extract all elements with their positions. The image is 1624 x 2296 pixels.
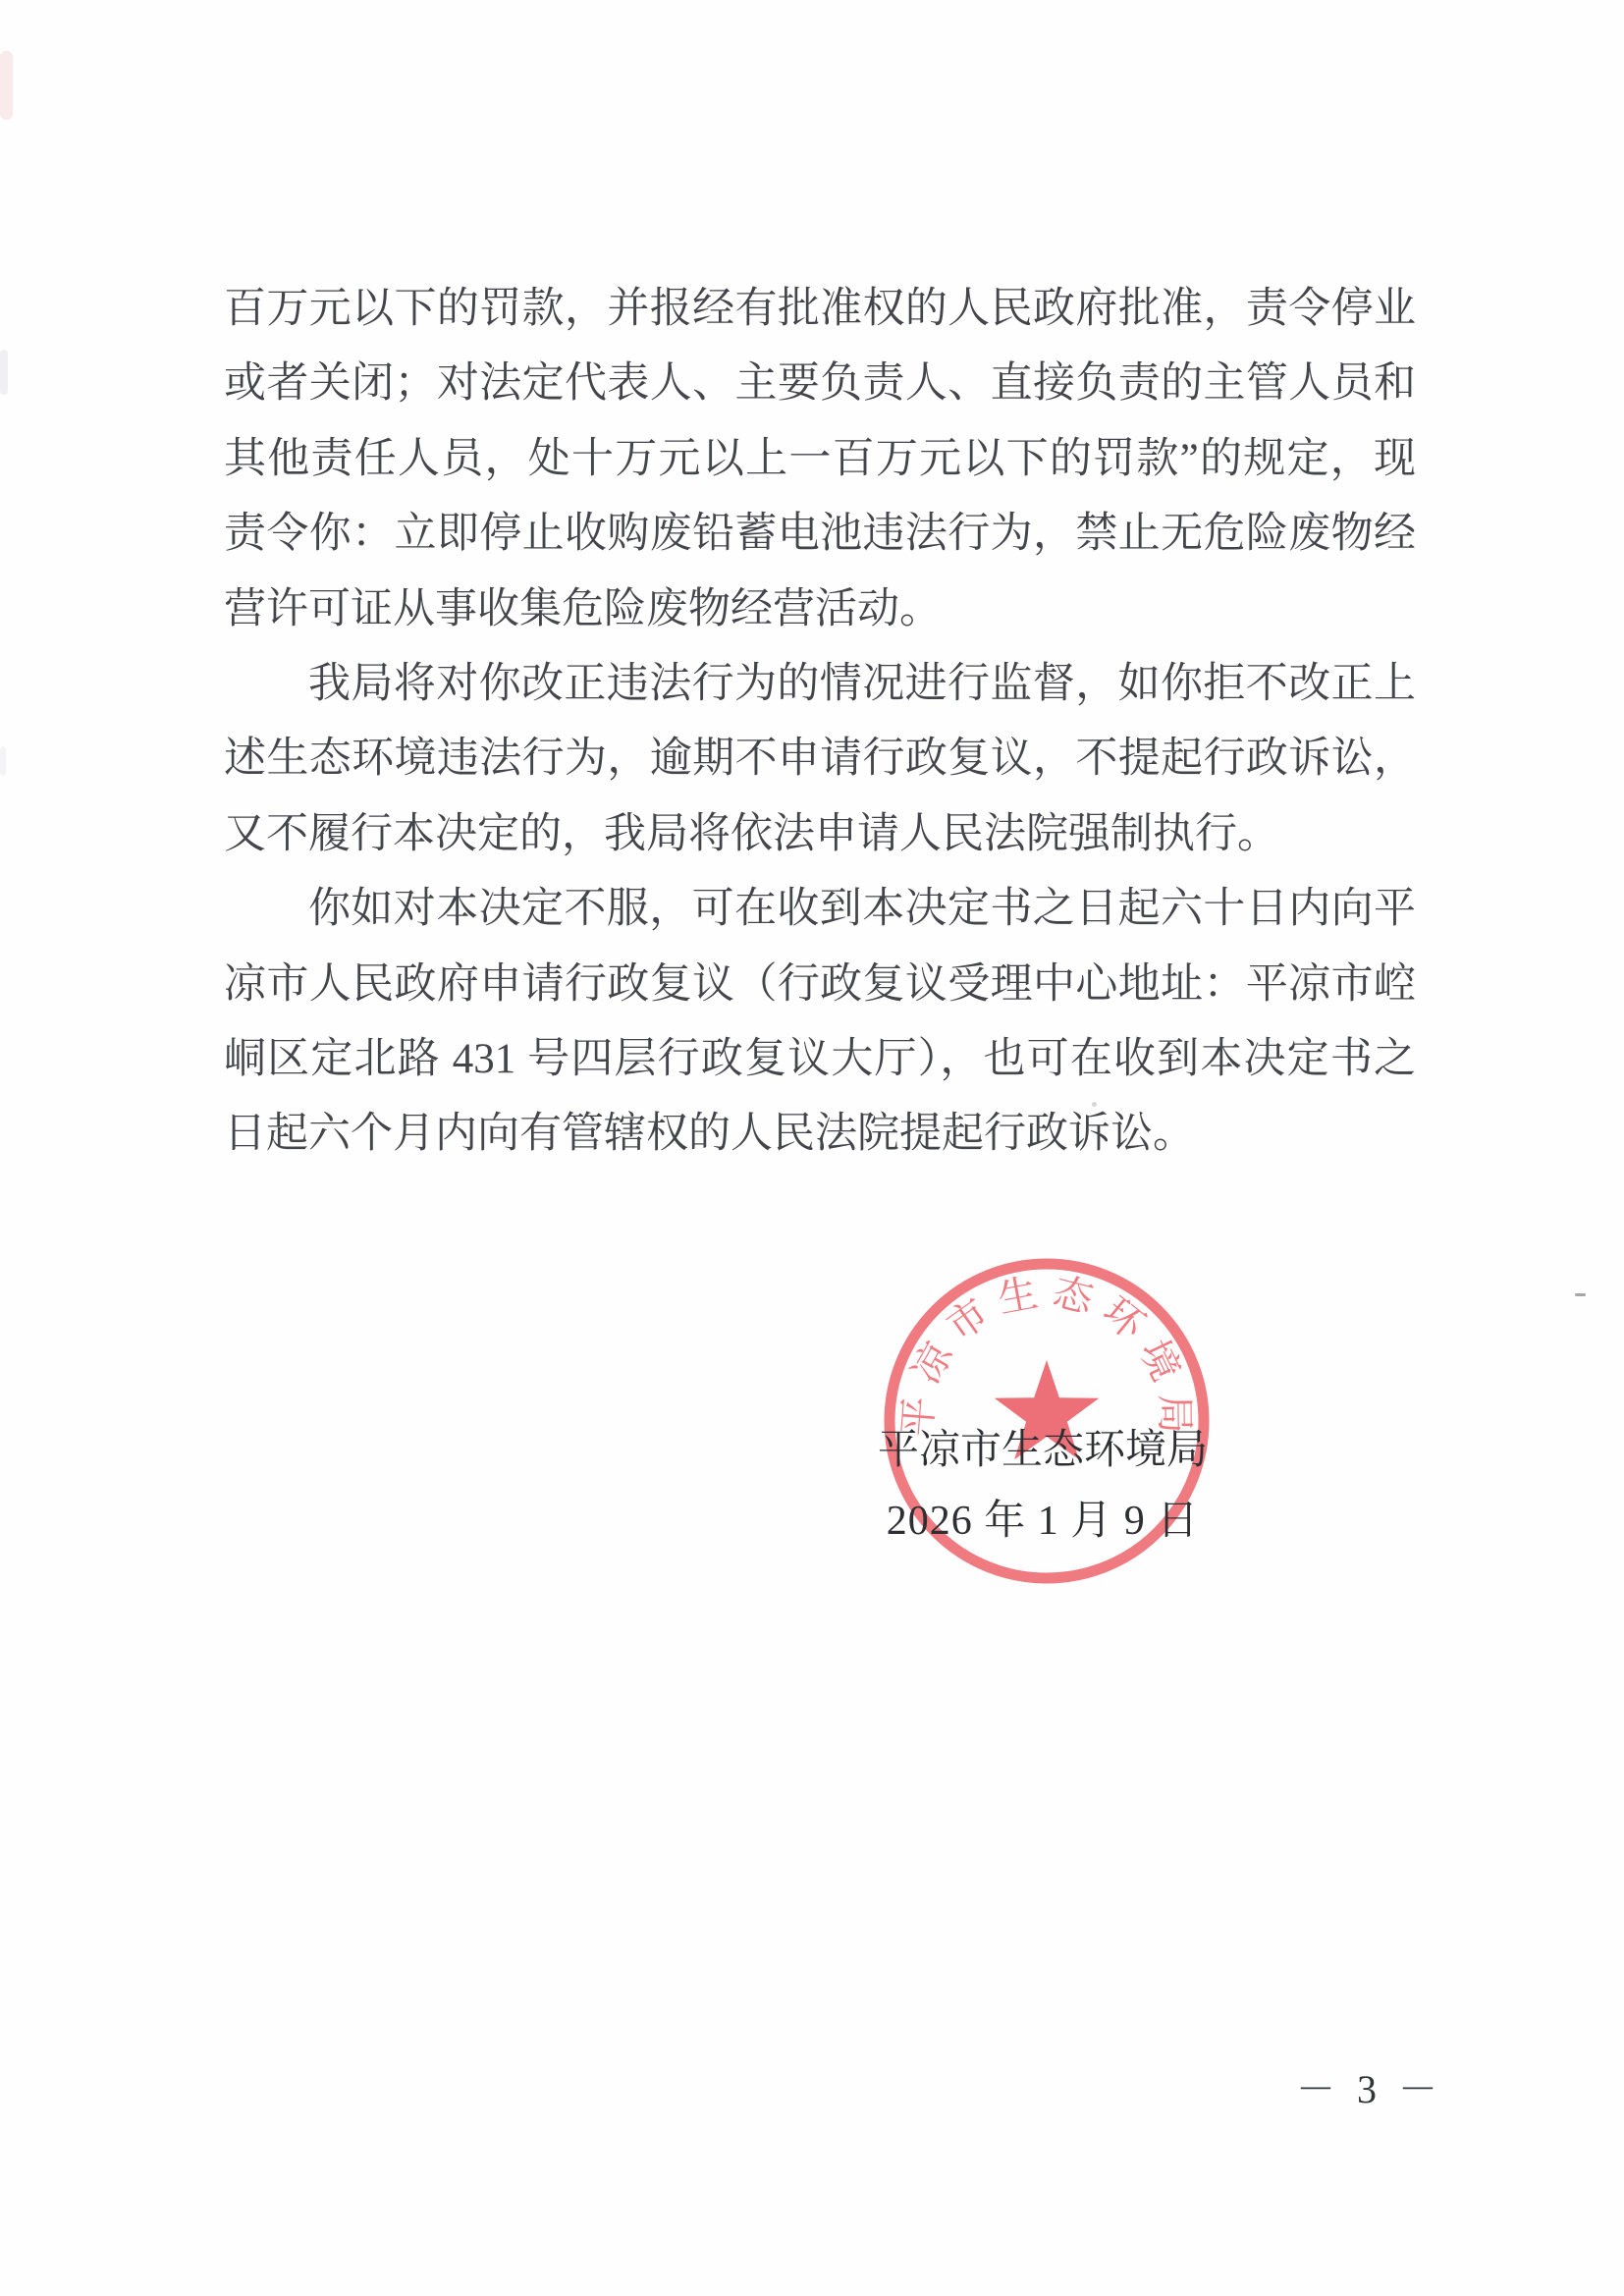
signature-block: 平凉市生态环境局 2026 年 1 月 9 日 [835,1422,1251,1550]
scan-artifact [0,746,6,776]
body-line: 营许可证从事收集危险废物经营活动。 [224,573,1416,647]
page-number: － 3 － [1291,2058,1448,2114]
body-line: 日起六个月内向有管辖权的人民法院提起行政诉讼。 [224,1097,1416,1172]
scan-artifact [0,51,13,120]
body-line: 你如对本决定不服，可在收到本决定书之日起六十日内向平 [224,872,1416,947]
body-line: 我局将对你改正违法行为的情况进行监督，如你拒不改正上 [224,647,1416,722]
body-line: 凉市人民政府申请行政复议（行政复议受理中心地址：平凉市崆 [224,948,1416,1022]
scan-artifact [0,350,8,395]
scan-artifact [1575,1293,1586,1296]
body-line: 或者关闭；对法定代表人、主要负责人、直接负责的主管人员和 [224,347,1416,421]
body-line: 其他责任人员，处十万元以上一百万元以下的罚款”的规定，现 [224,422,1416,497]
body-line: 述生态环境违法行为，逾期不申请行政复议，不提起行政诉讼， [224,722,1416,796]
body-line: 百万元以下的罚款，并报经有批准权的人民政府批准，责令停业 [224,272,1416,347]
body-line: 峒区定北路 431 号四层行政复议大厅），也可在收到本决定书之 [224,1022,1416,1097]
decision-date: 2026 年 1 月 9 日 [835,1493,1251,1550]
body-text: 百万元以下的罚款，并报经有批准权的人民政府批准，责令停业 或者关闭；对法定代表人… [224,272,1416,1173]
body-line: 责令你：立即停止收购废铅蓄电池违法行为，禁止无危险废物经 [224,497,1416,572]
document-page: 百万元以下的罚款，并报经有批准权的人民政府批准，责令停业 或者关闭；对法定代表人… [0,0,1624,2296]
agency-name: 平凉市生态环境局 [835,1422,1251,1479]
body-line: 又不履行本决定的，我局将依法申请人民法院强制执行。 [224,797,1416,872]
